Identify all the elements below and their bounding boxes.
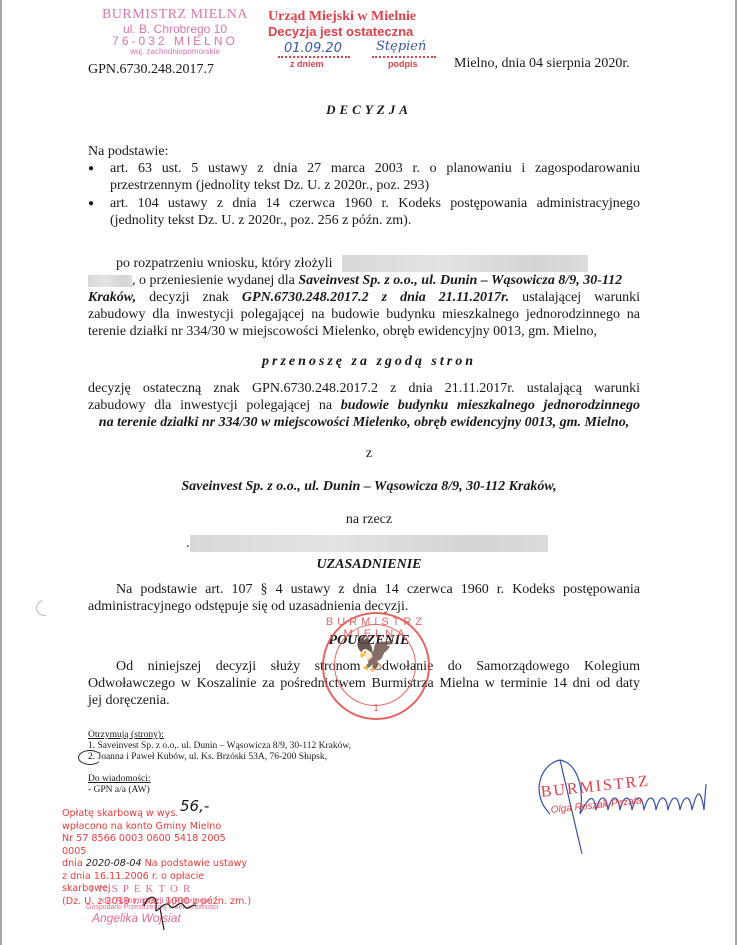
reference-number: GPN.6730.248.2017.7 bbox=[88, 62, 214, 78]
redacted-new-owner bbox=[190, 535, 548, 552]
fee-date-label: dnia bbox=[62, 858, 83, 869]
fee-line1: Opłatę skarbową w wys. bbox=[62, 808, 252, 821]
final-stamp-date-label: z dniem bbox=[290, 60, 324, 69]
final-decision-stamp: Urząd Miejski w Mielnie Decyzja jest ost… bbox=[268, 10, 468, 72]
final-stamp-line1: Urząd Miejski w Mielnie bbox=[268, 10, 468, 25]
final-stamp-date: 01.09.20 bbox=[284, 42, 342, 56]
justification-line1: Na podstawie art. 107 § 4 ustawy z dnia … bbox=[88, 581, 640, 598]
request-line2-text: , o przeniesienie wydanej dla bbox=[132, 273, 295, 288]
eagle-emblem-icon: 🦅 bbox=[354, 638, 396, 672]
seal-number: 1 bbox=[324, 703, 428, 714]
redacted-applicants-cont bbox=[88, 275, 132, 287]
dotted-line bbox=[278, 56, 350, 58]
legal-basis-line: przestrzennym (jednolity tekst Dz. U. z … bbox=[110, 177, 640, 194]
page-border-right bbox=[735, 0, 737, 945]
request-line5: terenie działki nr 334/30 w miejscowości… bbox=[88, 323, 640, 340]
request-line3-tail: ustalającej warunki bbox=[522, 290, 640, 305]
final-stamp-signature: Stępień bbox=[376, 40, 426, 54]
official-round-seal: BURMISTRZ MIELNA 🦅 1 bbox=[322, 612, 430, 720]
justification-heading: UZASADNIENIE bbox=[0, 557, 738, 573]
transfer-heading: przenoszę za zgodą stron bbox=[0, 354, 738, 370]
legal-basis-line: art. 104 ustawy z dnia 14 czerwca 1960 r… bbox=[110, 195, 640, 212]
fee-line3: Nr 57 8566 0003 0600 5418 2005 0005 bbox=[62, 833, 252, 858]
legal-basis-line: art. 63 ust. 5 ustawy z dnia 27 marca 20… bbox=[110, 160, 640, 177]
recipient-item: 1. Saveinvest Sp. z o.o,. ul. Dunin – Wą… bbox=[88, 741, 351, 752]
recipients-block: Otrzymują (strony): 1. Saveinvest Sp. z … bbox=[88, 730, 351, 763]
place-date: Mielno, dnia 04 sierpnia 2020r. bbox=[454, 56, 630, 72]
investor-city: Kraków, bbox=[88, 290, 136, 305]
fee-date: 2020-08-04 bbox=[86, 858, 142, 869]
final-stamp-signature-label: podpis bbox=[388, 60, 418, 69]
transfer-line1: decyzję ostateczną znak GPN.6730.248.201… bbox=[88, 380, 640, 397]
basis-label: Na podstawie: bbox=[88, 143, 168, 160]
request-line1: po rozpatrzeniu wniosku, który złożyli bbox=[116, 256, 333, 271]
investment-description: budowie budynku mieszkalnego jednorodzin… bbox=[341, 398, 640, 413]
justification-paragraph: Na podstawie art. 107 § 4 ustawy z dnia … bbox=[88, 581, 640, 615]
fee-line2: wpłacono na konto Gminy Mielno bbox=[62, 821, 252, 834]
recipient-item: 2. Joanna i Paweł Kubów, ul. Ks. Brzóski… bbox=[88, 752, 351, 763]
fee-amount: 56,- bbox=[180, 800, 209, 813]
request-paragraph: po rozpatrzeniu wniosku, który złożyli ,… bbox=[88, 255, 640, 340]
cc-block: Do wiadomości: - GPN a/a (AW) bbox=[88, 774, 151, 796]
final-stamp-line2: Decyzja jest ostateczna bbox=[268, 25, 468, 39]
legal-basis-line: (jednolity tekst Dz. U. z 2020r., poz. 2… bbox=[110, 212, 640, 229]
to-party: . bbox=[186, 534, 548, 552]
cc-item: - GPN a/a (AW) bbox=[88, 785, 151, 796]
document-title: DECYZJA bbox=[0, 102, 738, 118]
request-line3-text: decyzji znak bbox=[149, 290, 229, 305]
address-stamp-line3: 76-032 MIELNO bbox=[100, 35, 250, 48]
bullet-icon: ● bbox=[88, 195, 94, 212]
from-party: Saveinvest Sp. z o.o., ul. Dunin – Wąsow… bbox=[0, 479, 738, 495]
scan-artifact bbox=[33, 597, 55, 619]
from-word: z bbox=[0, 446, 738, 462]
investor-name: Saveinvest Sp. z o.o., ul. Dunin – Wąsow… bbox=[298, 273, 622, 288]
plot-description: na terenie działki nr 334/30 w miejscowo… bbox=[88, 414, 640, 431]
cc-label: Do wiadomości: bbox=[88, 774, 151, 785]
handwritten-circle-mark bbox=[78, 750, 102, 765]
recipients-label: Otrzymują (strony): bbox=[88, 730, 351, 741]
inspector-signature bbox=[140, 888, 200, 932]
document-page: BURMISTRZ MIELNA ul. B. Chrobrego 10 76-… bbox=[0, 0, 738, 945]
redacted-applicants bbox=[342, 255, 588, 272]
address-stamp: BURMISTRZ MIELNA ul. B. Chrobrego 10 76-… bbox=[100, 8, 250, 56]
transfer-line2-text: zabudowy dla inwestycji polegającej na bbox=[88, 398, 332, 413]
address-stamp-line4: woj. zachodniopomorskie bbox=[100, 48, 250, 56]
fee-line4: Na podstawie ustawy bbox=[145, 858, 248, 869]
address-stamp-line1: BURMISTRZ MIELNA bbox=[100, 8, 250, 23]
to-word: na rzecz bbox=[0, 512, 738, 528]
bullet-icon: ● bbox=[88, 160, 94, 177]
original-decision-ref: GPN.6730.248.2017.2 z dnia 21.11.2017r. bbox=[242, 290, 509, 305]
request-line4: zabudowy dla inwestycji polegającej na b… bbox=[88, 306, 640, 323]
dotted-line bbox=[372, 56, 436, 58]
page-border-left bbox=[0, 0, 2, 945]
transfer-paragraph: decyzję ostateczną znak GPN.6730.248.201… bbox=[88, 380, 640, 431]
